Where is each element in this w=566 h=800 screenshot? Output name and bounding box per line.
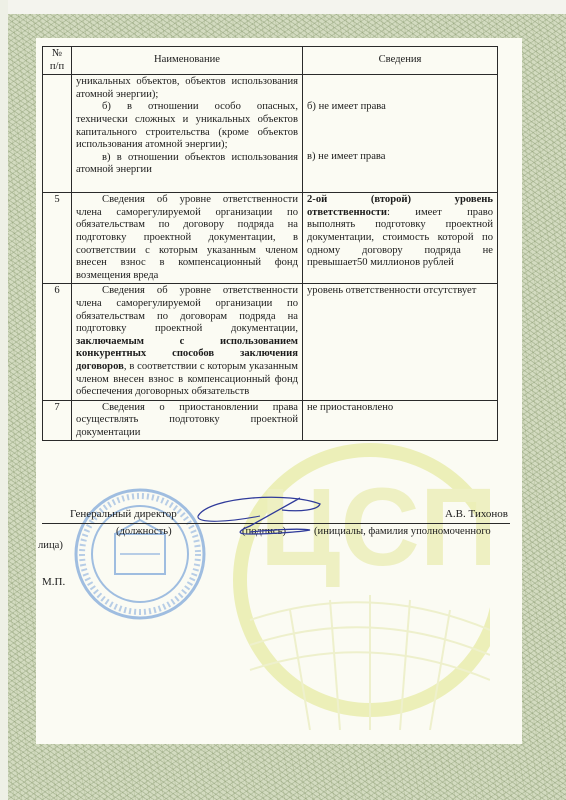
row-info: 2-ой (второй) уровень ответственности: и…	[303, 193, 498, 284]
table-header-row: № п/п Наименование Сведения	[43, 47, 498, 75]
table-row: 5 Сведения об уровне ответственности чле…	[43, 193, 498, 284]
row-number: 5	[43, 193, 72, 284]
header-number-label: №	[52, 48, 62, 59]
scan-edge-top	[0, 0, 566, 14]
row-name-line: б) в отношении особо опасных, технически…	[76, 101, 298, 151]
row-name: Сведения о приостановлении права осущест…	[72, 400, 303, 441]
row-name: Сведения об уровне ответственности члена…	[72, 284, 303, 400]
row-number	[43, 75, 72, 193]
header-name: Наименование	[72, 47, 303, 75]
row-info-line: в) не имеет права	[307, 151, 493, 164]
header-info: Сведения	[303, 47, 498, 75]
row-name: уникальных объектов, объектов использова…	[72, 75, 303, 193]
signer-role: Генеральный директор	[70, 508, 177, 520]
row-name: Сведения об уровне ответственности члена…	[72, 193, 303, 284]
signer-name: А.В. Тихонов	[445, 508, 508, 520]
row-info: не приостановлено	[303, 400, 498, 441]
row-name-line: уникальных объектов, объектов использова…	[76, 76, 298, 101]
header-number-label-2: п/п	[50, 61, 64, 72]
row-info: уровень ответственности отсутствует	[303, 284, 498, 400]
row-number: 7	[43, 400, 72, 441]
signature-block: Генеральный директор А.В. Тихонов (должн…	[42, 508, 510, 522]
row-name-line: в) в отношении объектов использования ат…	[76, 152, 298, 177]
table-row: 6 Сведения об уровне ответственности чле…	[43, 284, 498, 400]
table-row: 7 Сведения о приостановлении права осуще…	[43, 400, 498, 441]
caption-signature: (подпись)	[242, 526, 286, 537]
info-table: № п/п Наименование Сведения уникальных о…	[42, 46, 498, 441]
caption-name: (инициалы, фамилия уполномоченного	[314, 526, 491, 537]
row-info: б) не имеет права в) не имеет права	[303, 75, 498, 193]
header-number: № п/п	[43, 47, 72, 75]
table-row: уникальных объектов, объектов использова…	[43, 75, 498, 193]
caption-name-continued: лица)	[38, 540, 63, 551]
scan-edge-left	[0, 0, 8, 800]
signature-line	[42, 523, 510, 524]
caption-role: (должность)	[116, 526, 172, 537]
stamp-place-label: М.П.	[42, 576, 65, 588]
row-number: 6	[43, 284, 72, 400]
row-info-line: б) не имеет права	[307, 101, 493, 114]
row-name-part: Сведения об уровне ответственности члена…	[76, 285, 298, 334]
